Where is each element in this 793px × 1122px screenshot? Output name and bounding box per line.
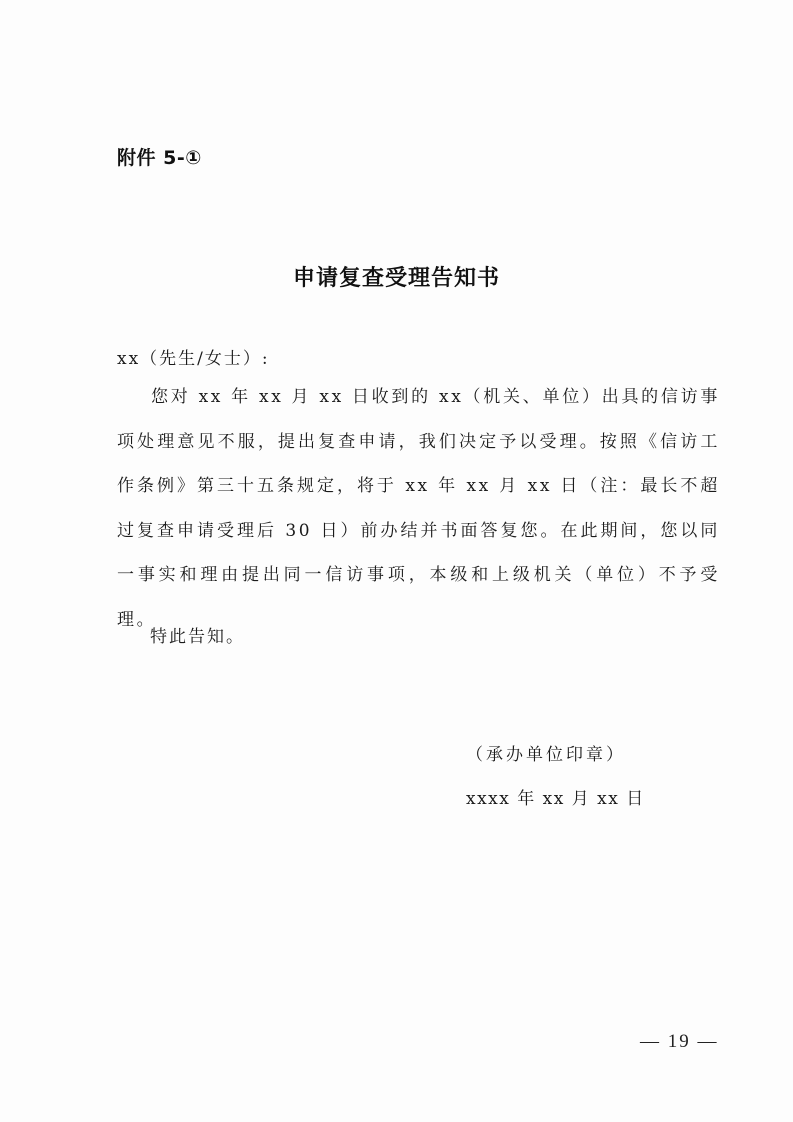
document-title: 申请复查受理告知书 — [0, 261, 793, 292]
page-number: — 19 — — [640, 1031, 719, 1053]
document-page: 附件 5-① 申请复查受理告知书 xx（先生/女士）: 您对 xx 年 xx 月… — [0, 0, 793, 1122]
salutation: xx（先生/女士）: — [117, 344, 270, 369]
body-paragraph: 您对 xx 年 xx 月 xx 日收到的 xx（机关、单位）出具的信访事项处理意… — [117, 375, 720, 642]
closing-line: 特此告知。 — [150, 622, 245, 647]
signature-date: xxxx 年 xx 月 xx 日 — [466, 784, 645, 809]
attachment-label: 附件 5-① — [117, 143, 202, 170]
seal-note: （承办单位印章） — [466, 740, 626, 765]
